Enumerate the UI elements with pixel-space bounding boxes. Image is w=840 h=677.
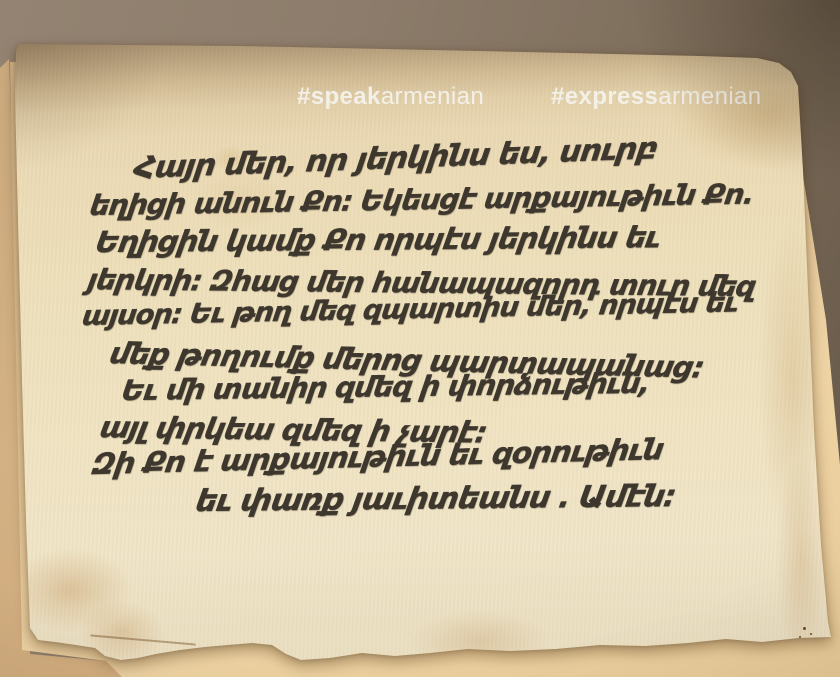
hashtag-speakarmenian: #speakarmenian: [297, 85, 484, 109]
photo-scene: Հայր մեր, որ յերկինս ես, սուրբ եղիցի անո…: [0, 0, 840, 677]
manuscript-line-7: Եւ մի տանիր զմեզ ի փորձութիւն,: [119, 364, 720, 409]
ink-speck: [810, 633, 812, 635]
ink-speck: [803, 627, 806, 630]
manuscript-line-10: եւ փառք յաւիտեանս . Ամէն։: [193, 478, 720, 520]
hashtag-regular-text: armenian: [381, 83, 484, 110]
hashtag-bold-text: #speak: [297, 83, 381, 110]
hashtag-regular-text: armenian: [658, 83, 761, 110]
hashtag-expressarmenian: #expressarmenian: [551, 85, 762, 109]
manuscript-text: Հայր մեր, որ յերկինս ես, սուրբ եղիցի անո…: [76, 150, 716, 520]
hashtag-bold-text: #express: [551, 83, 658, 110]
manuscript-line-3: Եղիցին կամք Քո որպէս յերկինս եւ: [93, 219, 720, 261]
ink-speck: [799, 636, 801, 638]
